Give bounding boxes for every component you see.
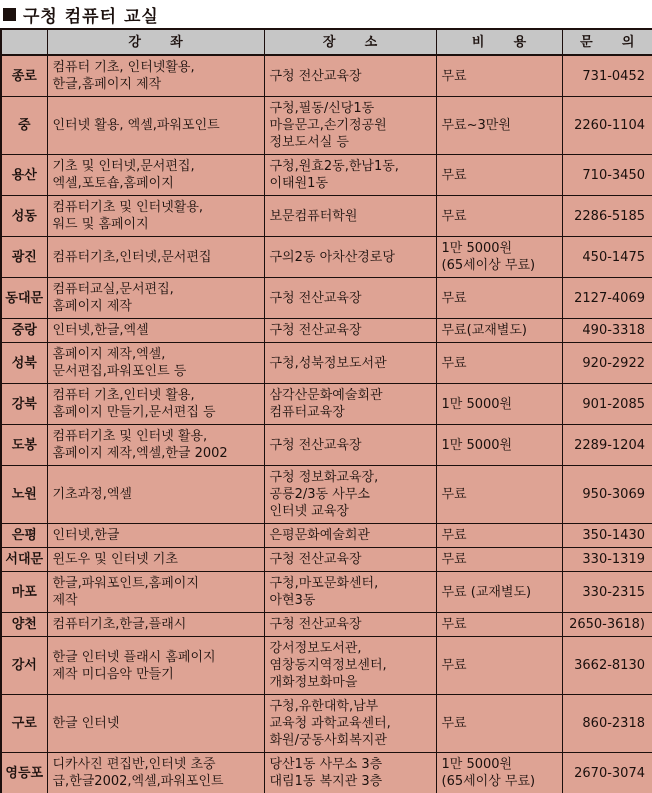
cost-cell: 1만 5000원 [436, 425, 562, 466]
header-place: 장 소 [264, 29, 436, 55]
place-cell: 구청 전산교육장 [264, 548, 436, 572]
district-cell: 성동 [1, 196, 47, 237]
place-cell: 구청 전산교육장 [264, 319, 436, 343]
place-cell: 구청 정보화교육장, 공릉2/3동 사무소 인터넷 교육장 [264, 466, 436, 524]
cost-cell: 무료 [436, 524, 562, 548]
place-cell: 구청 전산교육장 [264, 278, 436, 319]
course-cell: 컴퓨터기초,인터넷,문서편집 [47, 237, 264, 278]
table-row-yongsan: 용산 기초 및 인터넷,문서편집, 엑셀,포토숍,홈페이지 구청,원효2동,한남… [1, 155, 652, 196]
course-cell: 컴퓨터기초,한글,플래시 [47, 613, 264, 637]
cost-cell: 무료 [436, 548, 562, 572]
place-cell: 구청,유한대학,남부 교육청 과학교육센터, 화원/궁동사회복지관 [264, 695, 436, 753]
contact-cell: 710-3450 [562, 155, 652, 196]
cost-cell: 무료 (교재별도) [436, 572, 562, 613]
table-row-gangseo: 강서 한글 인터넷 플래시 홈페이지 제작 미디음악 만들기 강서정보도서관, … [1, 637, 652, 695]
table-row-dobong: 도봉 컴퓨터기초 및 인터넷 활용, 홈페이지 제작,엑셀,한글 2002 구청… [1, 425, 652, 466]
cost-cell: 무료 [436, 55, 562, 97]
cost-cell: 무료 [436, 637, 562, 695]
header-cost: 비 용 [436, 29, 562, 55]
table-row-seongdong: 성동 컴퓨터기초 및 인터넷활용, 워드 및 홈페이지 보문컴퓨터학원 무료 2… [1, 196, 652, 237]
place-cell: 구청,마포문화센터, 아현3동 [264, 572, 436, 613]
place-cell: 강서정보도서관, 염창동지역정보센터, 개화정보화마을 [264, 637, 436, 695]
contact-cell: 950-3069 [562, 466, 652, 524]
place-cell: 구청,필동/신당1동 마을문고,손기정공원 정보도서실 등 [264, 97, 436, 155]
table-row-eunpyeong: 은평 인터넷,한글 은평문화예술회관 무료 350-1430 [1, 524, 652, 548]
cost-cell: 무료 [436, 695, 562, 753]
table-row-gwangjin: 광진 컴퓨터기초,인터넷,문서편집 구의2동 아차산경로당 1만 5000원 (… [1, 237, 652, 278]
table-row-seongbuk: 성북 홈페이지 제작,엑셀, 문서편집,파워포인트 등 구청,성북정보도서관 무… [1, 343, 652, 384]
district-cell: 마포 [1, 572, 47, 613]
table-row-yangcheon: 양천 컴퓨터기초,한글,플래시 구청 전산교육장 무료 2650-3618) [1, 613, 652, 637]
district-cell: 서대문 [1, 548, 47, 572]
course-cell: 윈도우 및 인터넷 기초 [47, 548, 264, 572]
district-cell: 양천 [1, 613, 47, 637]
course-cell: 컴퓨터교실,문서편집, 홈페이지 제작 [47, 278, 264, 319]
cost-cell: 무료 [436, 278, 562, 319]
place-cell: 당산1동 사무소 3층 대림1동 복지관 3층 [264, 753, 436, 793]
table-row-mapo: 마포 한글,파워포인트,홈페이지 제작 구청,마포문화센터, 아현3동 무료 (… [1, 572, 652, 613]
district-cell: 도봉 [1, 425, 47, 466]
table-row-dongdaemun: 동대문 컴퓨터교실,문서편집, 홈페이지 제작 구청 전산교육장 무료 2127… [1, 278, 652, 319]
contact-cell: 2670-3074 [562, 753, 652, 793]
course-cell: 컴퓨터 기초, 인터넷활용, 한글,홈페이지 제작 [47, 55, 264, 97]
contact-cell: 920-2922 [562, 343, 652, 384]
course-cell: 인터넷,한글 [47, 524, 264, 548]
contact-cell: 3662-8130 [562, 637, 652, 695]
place-cell: 구청 전산교육장 [264, 425, 436, 466]
place-cell: 구청 전산교육장 [264, 613, 436, 637]
course-cell: 기초과정,엑셀 [47, 466, 264, 524]
computer-class-table: 강 좌 장 소 비 용 문 의 종로 컴퓨터 기초, 인터넷활용, 한글,홈페이… [0, 28, 652, 793]
cost-cell: 무료 [436, 196, 562, 237]
place-cell: 삼각산문화예술회관 컴퓨터교육장 [264, 384, 436, 425]
cost-cell: 무료 [436, 613, 562, 637]
contact-cell: 731-0452 [562, 55, 652, 97]
contact-cell: 2289-1204 [562, 425, 652, 466]
course-cell: 컴퓨터기초 및 인터넷활용, 워드 및 홈페이지 [47, 196, 264, 237]
course-cell: 기초 및 인터넷,문서편집, 엑셀,포토숍,홈페이지 [47, 155, 264, 196]
course-cell: 인터넷,한글,엑셀 [47, 319, 264, 343]
place-cell: 은평문화예술회관 [264, 524, 436, 548]
place-cell: 구청,원효2동,한남1동, 이태원1동 [264, 155, 436, 196]
cost-cell: 무료 [436, 343, 562, 384]
contact-cell: 450-1475 [562, 237, 652, 278]
place-cell: 구청,성북정보도서관 [264, 343, 436, 384]
contact-cell: 901-2085 [562, 384, 652, 425]
course-cell: 컴퓨터 기초,인터넷 활용, 홈페이지 만들기,문서편집 등 [47, 384, 264, 425]
place-cell: 구의2동 아차산경로당 [264, 237, 436, 278]
district-cell: 용산 [1, 155, 47, 196]
header-course: 강 좌 [47, 29, 264, 55]
square-bullet-icon [3, 8, 16, 21]
course-cell: 디카사진 편집반,인터넷 초중 급,한글2002,엑셀,파워포인트 [47, 753, 264, 793]
district-cell: 동대문 [1, 278, 47, 319]
cost-cell: 1만 5000원 (65세이상 무료) [436, 753, 562, 793]
table-row-jung: 중 인터넷 활용, 엑셀,파워포인트 구청,필동/신당1동 마을문고,손기정공원… [1, 97, 652, 155]
district-cell: 성북 [1, 343, 47, 384]
course-cell: 한글,파워포인트,홈페이지 제작 [47, 572, 264, 613]
contact-cell: 2260-1104 [562, 97, 652, 155]
district-cell: 중랑 [1, 319, 47, 343]
contact-cell: 330-1319 [562, 548, 652, 572]
district-cell: 강서 [1, 637, 47, 695]
table-row-nowon: 노원 기초과정,엑셀 구청 정보화교육장, 공릉2/3동 사무소 인터넷 교육장… [1, 466, 652, 524]
course-cell: 홈페이지 제작,엑셀, 문서편집,파워포인트 등 [47, 343, 264, 384]
table-row-gangbuk: 강북 컴퓨터 기초,인터넷 활용, 홈페이지 만들기,문서편집 등 삼각산문화예… [1, 384, 652, 425]
header-district [1, 29, 47, 55]
contact-cell: 2650-3618) [562, 613, 652, 637]
page-title-text: 구청 컴퓨터 교실 [23, 2, 159, 27]
table-row-guro: 구로 한글 인터넷 구청,유한대학,남부 교육청 과학교육센터, 화원/궁동사회… [1, 695, 652, 753]
contact-cell: 2286-5185 [562, 196, 652, 237]
contact-cell: 860-2318 [562, 695, 652, 753]
place-cell: 구청 전산교육장 [264, 55, 436, 97]
page-title: 구청 컴퓨터 교실 [0, 0, 652, 28]
contact-cell: 490-3318 [562, 319, 652, 343]
cost-cell: 무료~3만원 [436, 97, 562, 155]
header-row: 강 좌 장 소 비 용 문 의 [1, 29, 652, 55]
header-contact: 문 의 [562, 29, 652, 55]
table-row-seodaemun: 서대문 윈도우 및 인터넷 기초 구청 전산교육장 무료 330-1319 [1, 548, 652, 572]
cost-cell: 무료(교재별도) [436, 319, 562, 343]
course-cell: 한글 인터넷 [47, 695, 264, 753]
cost-cell: 1만 5000원 [436, 384, 562, 425]
course-cell: 인터넷 활용, 엑셀,파워포인트 [47, 97, 264, 155]
district-cell: 노원 [1, 466, 47, 524]
course-cell: 한글 인터넷 플래시 홈페이지 제작 미디음악 만들기 [47, 637, 264, 695]
district-cell: 광진 [1, 237, 47, 278]
district-cell: 중 [1, 97, 47, 155]
district-cell: 구로 [1, 695, 47, 753]
district-cell: 종로 [1, 55, 47, 97]
district-cell: 강북 [1, 384, 47, 425]
place-cell: 보문컴퓨터학원 [264, 196, 436, 237]
district-cell: 은평 [1, 524, 47, 548]
table-row-jungnang: 중랑 인터넷,한글,엑셀 구청 전산교육장 무료(교재별도) 490-3318 [1, 319, 652, 343]
contact-cell: 330-2315 [562, 572, 652, 613]
cost-cell: 무료 [436, 155, 562, 196]
table-row-yeongdeungpo: 영등포 디카사진 편집반,인터넷 초중 급,한글2002,엑셀,파워포인트 당산… [1, 753, 652, 793]
cost-cell: 무료 [436, 466, 562, 524]
contact-cell: 350-1430 [562, 524, 652, 548]
table-row-jongno: 종로 컴퓨터 기초, 인터넷활용, 한글,홈페이지 제작 구청 전산교육장 무료… [1, 55, 652, 97]
contact-cell: 2127-4069 [562, 278, 652, 319]
district-cell: 영등포 [1, 753, 47, 793]
cost-cell: 1만 5000원 (65세이상 무료) [436, 237, 562, 278]
course-cell: 컴퓨터기초 및 인터넷 활용, 홈페이지 제작,엑셀,한글 2002 [47, 425, 264, 466]
